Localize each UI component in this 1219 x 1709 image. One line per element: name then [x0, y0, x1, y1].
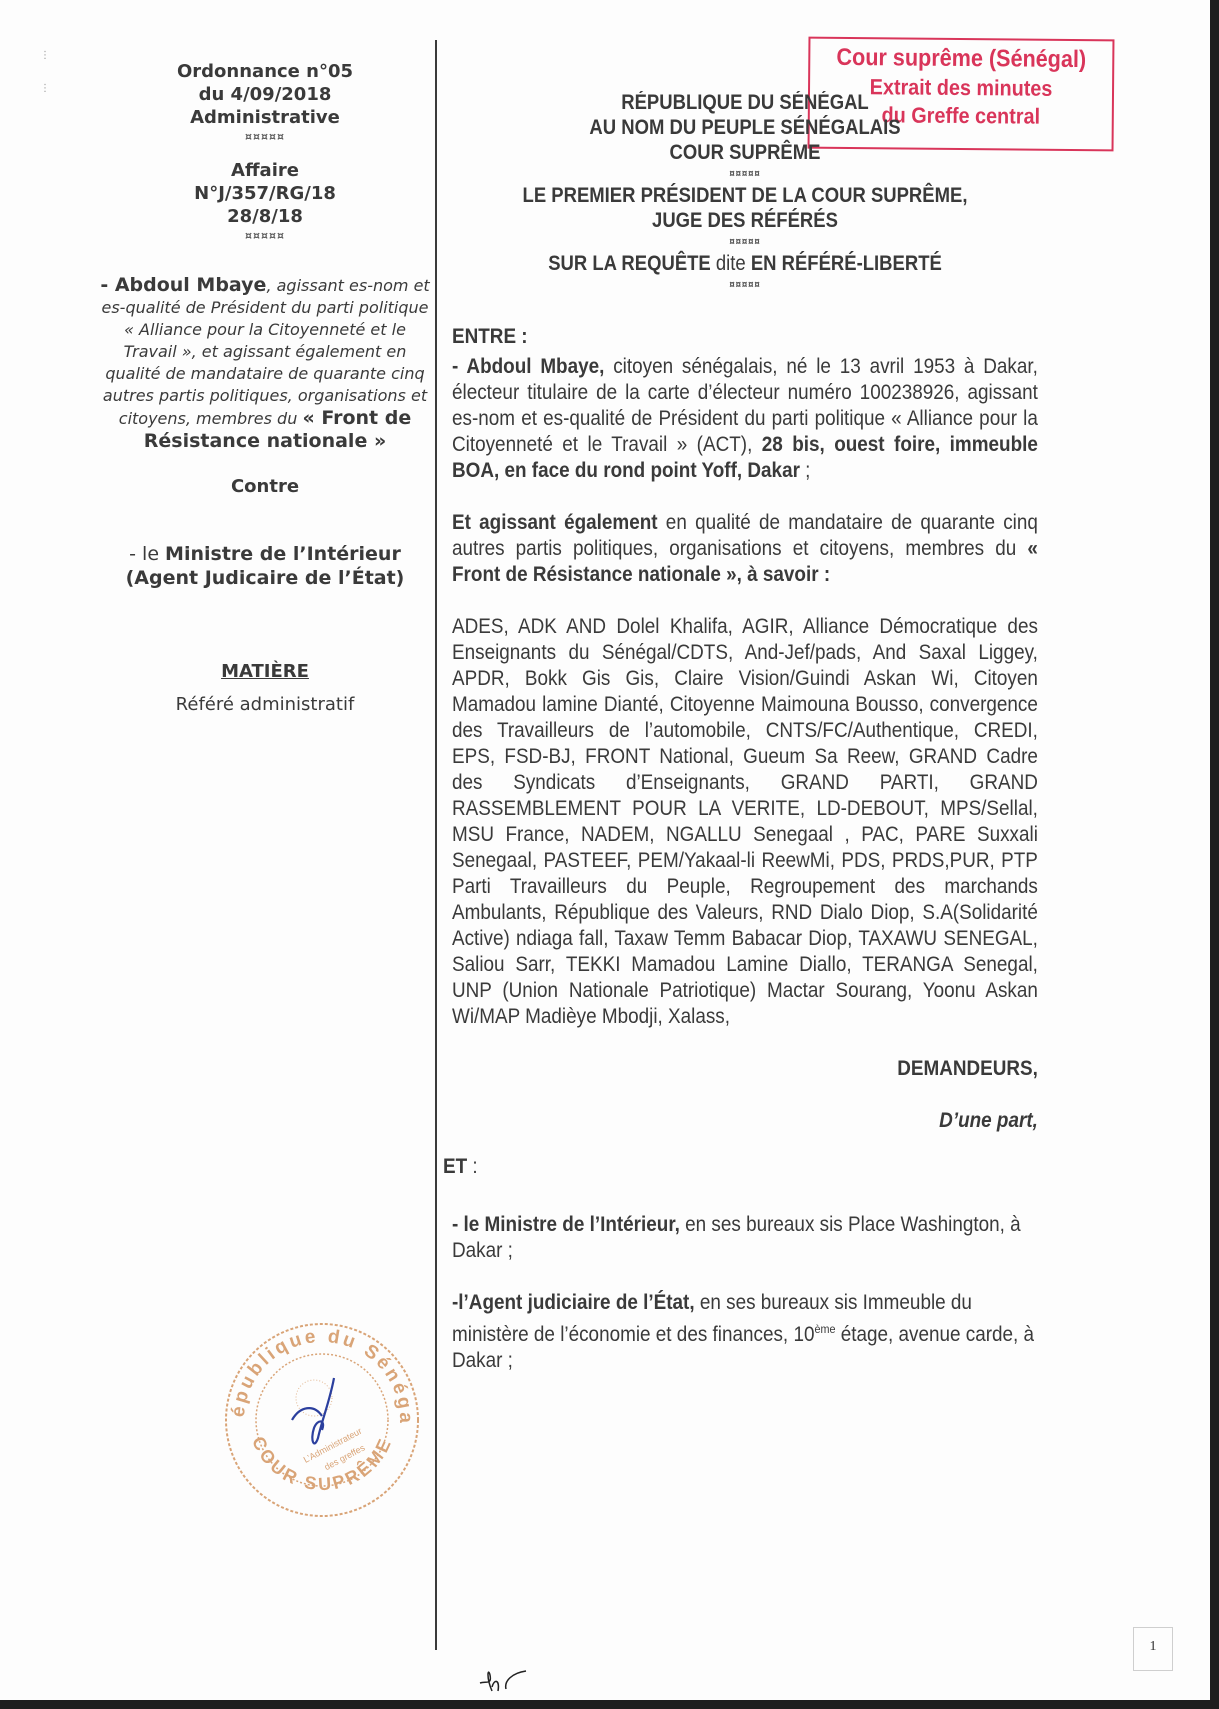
separator: ¤¤¤¤¤ [487, 233, 1003, 251]
separator: ¤¤¤¤¤ [487, 165, 1003, 183]
une-part-label: D’une part, [452, 1108, 1038, 1134]
members-list: ADES, ADK AND Dolel Khalifa, AGIR, Allia… [452, 614, 1038, 1030]
plaintiff-paragraph: - Abdoul Mbaye, citoyen sénégalais, né l… [452, 354, 1038, 484]
header-requete: SUR LA REQUÊTE dite EN RÉFÉRÉ-LIBERTÉ [487, 251, 1003, 276]
plaintiff-name: - Abdoul Mbaye [100, 274, 266, 296]
entre-heading: ENTRE : [452, 324, 1038, 350]
defendant-1-paragraph: - le Ministre de l’Intérieur, en ses bur… [452, 1212, 1038, 1264]
defendant-agent: (Agent Judicaire de l’État) [126, 567, 405, 589]
affaire-date: 28/8/18 [100, 205, 430, 228]
separator: ¤¤¤¤¤ [100, 228, 430, 244]
scan-artifacts: ⋮⋮ [40, 50, 50, 94]
plaintiff-description: , agissant es-nom et es-qualité de Prési… [101, 276, 429, 428]
page-number: 1 [1133, 1627, 1173, 1671]
affaire-label: Affaire [100, 159, 430, 182]
header-people: AU NOM DU PEUPLE SÉNÉGALAIS [487, 115, 1003, 140]
header-judge: JUGE DES RÉFÉRÉS [487, 208, 1003, 233]
mandate-paragraph: Et agissant également en qualité de mand… [452, 510, 1038, 588]
defendant-name: Ministre de l’Intérieur [165, 543, 401, 565]
header-court: COUR SUPRÊME [487, 140, 1003, 165]
matiere-value: Référé administratif [100, 693, 430, 716]
demandeurs-label: DEMANDEURS, [452, 1056, 1038, 1082]
header-republic: RÉPUBLIQUE DU SÉNÉGAL [487, 90, 1003, 115]
ordonnance-date: du 4/09/2018 [100, 83, 430, 106]
document-header: RÉPUBLIQUE DU SÉNÉGAL AU NOM DU PEUPLE S… [487, 90, 1003, 294]
ordonnance-info: Ordonnance n°05 du 4/09/2018 Administrat… [100, 60, 430, 145]
plaintiff-summary: - Abdoul Mbaye, agissant es-nom et es-qu… [100, 274, 430, 453]
matiere-title: MATIÈRE [100, 660, 430, 683]
column-divider [435, 40, 437, 1650]
case-summary-column: Ordonnance n°05 du 4/09/2018 Administrat… [100, 60, 430, 716]
ordonnance-number: Ordonnance n°05 [100, 60, 430, 83]
defendant-summary: - le Ministre de l’Intérieur (Agent Judi… [100, 542, 430, 590]
ordonnance-type: Administrative [100, 106, 430, 129]
header-president: LE PREMIER PRÉSIDENT DE LA COUR SUPRÊME, [487, 183, 1003, 208]
defendant-2-paragraph: -l’Agent judiciaire de l’État, en ses bu… [452, 1290, 1038, 1374]
contre-label: Contre [100, 475, 430, 498]
affaire-number: N°J/357/RG/18 [100, 182, 430, 205]
main-content-column: RÉPUBLIQUE DU SÉNÉGAL AU NOM DU PEUPLE S… [452, 90, 1038, 1400]
et-heading: ET : [443, 1154, 1038, 1180]
initials-signature-icon [478, 1665, 558, 1695]
court-seal-icon: République du Sénégal * COUR SUPRÊME * L… [222, 1320, 422, 1520]
separator: ¤¤¤¤¤ [487, 276, 1003, 294]
separator: ¤¤¤¤¤ [100, 129, 430, 145]
document-body: ENTRE : - Abdoul Mbaye, citoyen sénégala… [452, 324, 1038, 1374]
affaire-info: Affaire N°J/357/RG/18 28/8/18 ¤¤¤¤¤ [100, 159, 430, 244]
document-page: ⋮⋮ Ordonnance n°05 du 4/09/2018 Administ… [0, 0, 1210, 1700]
